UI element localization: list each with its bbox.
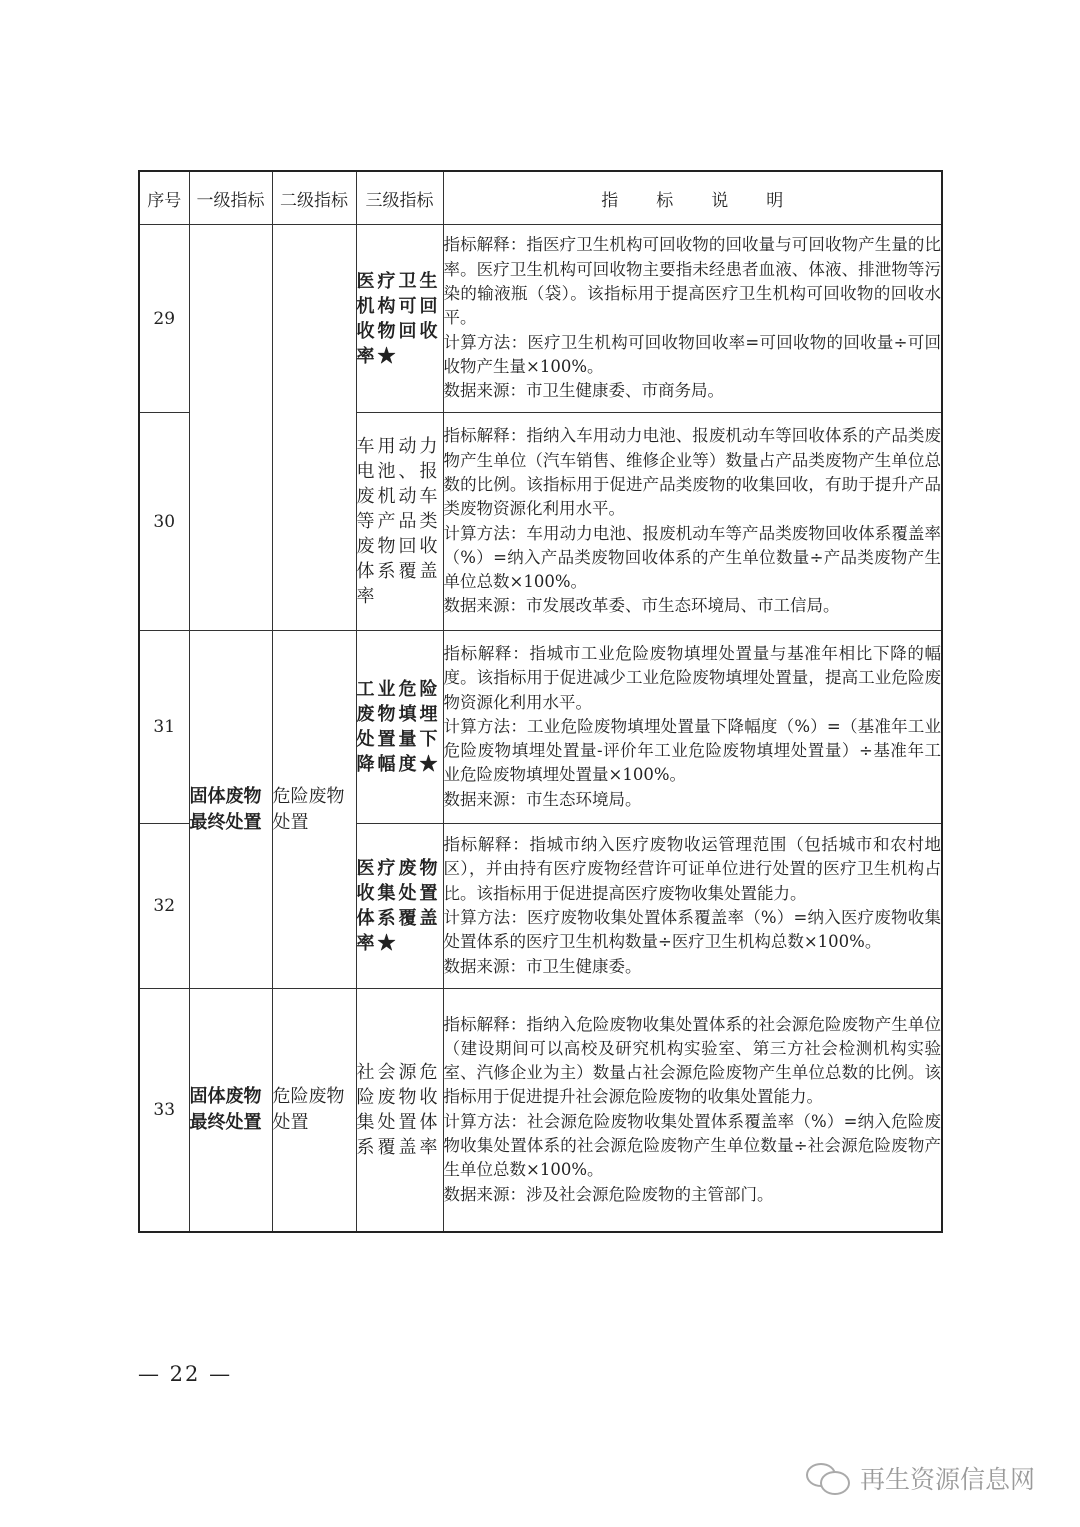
indicator-table: 序号 一级指标 二级指标 三级指标 指标说明 29 医疗卫生机构可回收物回收率★… <box>138 170 943 1233</box>
level2-cell <box>272 225 356 631</box>
description-cell: 指标解释：指城市工业危险废物填埋处置量与基准年相比下降的幅度。该指标用于促进减少… <box>443 631 942 824</box>
explanation-text: 指标解释：指城市工业危险废物填埋处置量与基准年相比下降的幅度。该指标用于促进减少… <box>444 642 942 715</box>
source-text: 数据来源：市卫生健康委、市商务局。 <box>444 379 942 403</box>
level2-cell: 危险废物处置 <box>272 989 356 1232</box>
description-cell: 指标解释：指医疗卫生机构可回收物的回收量与可回收物产生量的比率。医疗卫生机构可回… <box>443 225 942 413</box>
level2-cell: 危险废物处置 <box>272 631 356 989</box>
level3-cell: 医疗废物收集处置体系覆盖率★ <box>356 824 443 989</box>
description-cell: 指标解释：指城市纳入医疗废物收运管理范围（包括城市和农村地区），并由持有医疗废物… <box>443 824 942 989</box>
method-text: 计算方法：工业危险废物填埋处置量下降幅度（%）=（基准年工业危险废物填埋处置量-… <box>444 715 942 788</box>
table-row: 29 医疗卫生机构可回收物回收率★ 指标解释：指医疗卫生机构可回收物的回收量与可… <box>139 225 942 413</box>
row-number: 30 <box>139 413 189 631</box>
explanation-text: 指标解释：指医疗卫生机构可回收物的回收量与可回收物产生量的比率。医疗卫生机构可回… <box>444 233 942 330</box>
table-header-row: 序号 一级指标 二级指标 三级指标 指标说明 <box>139 171 942 225</box>
level1-cell: 固体废物最终处置 <box>189 989 272 1232</box>
header-level1: 一级指标 <box>189 171 272 225</box>
row-number: 29 <box>139 225 189 413</box>
method-text: 计算方法：医疗卫生机构可回收物回收率=可回收物的回收量÷可回收物产生量×100%… <box>444 331 942 380</box>
header-level2: 二级指标 <box>272 171 356 225</box>
table-row: 31 固体废物最终处置 危险废物处置 工业危险废物填埋处置量下降幅度★ 指标解释… <box>139 631 942 824</box>
watermark: 再生资源信息网 <box>806 1460 1035 1496</box>
source-text: 数据来源：涉及社会源危险废物的主管部门。 <box>444 1183 942 1207</box>
description-cell: 指标解释：指纳入危险废物收集处置体系的社会源危险废物产生单位（建设期间可以高校及… <box>443 989 942 1232</box>
header-level3: 三级指标 <box>356 171 443 225</box>
source-text: 数据来源：市卫生健康委。 <box>444 955 942 979</box>
explanation-text: 指标解释：指纳入车用动力电池、报废机动车等回收体系的产品类废物产生单位（汽车销售… <box>444 424 942 521</box>
explanation-text: 指标解释：指纳入危险废物收集处置体系的社会源危险废物产生单位（建设期间可以高校及… <box>444 1013 942 1110</box>
explanation-text: 指标解释：指城市纳入医疗废物收运管理范围（包括城市和农村地区），并由持有医疗废物… <box>444 833 942 906</box>
source-text: 数据来源：市生态环境局。 <box>444 788 942 812</box>
source-text: 数据来源：市发展改革委、市生态环境局、市工信局。 <box>444 594 942 618</box>
level3-cell: 医疗卫生机构可回收物回收率★ <box>356 225 443 413</box>
method-text: 计算方法：医疗废物收集处置体系覆盖率（%）=纳入医疗废物收集处置体系的医疗卫生机… <box>444 906 942 955</box>
watermark-text: 再生资源信息网 <box>860 1460 1035 1496</box>
row-number: 32 <box>139 824 189 989</box>
header-no: 序号 <box>139 171 189 225</box>
table-row: 33 固体废物最终处置 危险废物处置 社会源危险废物收集处置体系覆盖率 指标解释… <box>139 989 942 1232</box>
method-text: 计算方法：社会源危险废物收集处置体系覆盖率（%）=纳入危险废物收集处置体系的社会… <box>444 1110 942 1183</box>
row-number: 33 <box>139 989 189 1232</box>
description-cell: 指标解释：指纳入车用动力电池、报废机动车等回收体系的产品类废物产生单位（汽车销售… <box>443 413 942 631</box>
method-text: 计算方法：车用动力电池、报废机动车等产品类废物回收体系覆盖率（%）=纳入产品类废… <box>444 522 942 595</box>
level3-cell: 工业危险废物填埋处置量下降幅度★ <box>356 631 443 824</box>
level1-cell: 固体废物最终处置 <box>189 631 272 989</box>
level1-cell <box>189 225 272 631</box>
page-number: — 22 — <box>138 1362 232 1386</box>
row-number: 31 <box>139 631 189 824</box>
wechat-icon <box>806 1463 852 1493</box>
level3-cell: 车用动力电池、报废机动车等产品类废物回收体系覆盖率 <box>356 413 443 631</box>
header-description: 指标说明 <box>443 171 942 225</box>
level3-cell: 社会源危险废物收集处置体系覆盖率 <box>356 989 443 1232</box>
